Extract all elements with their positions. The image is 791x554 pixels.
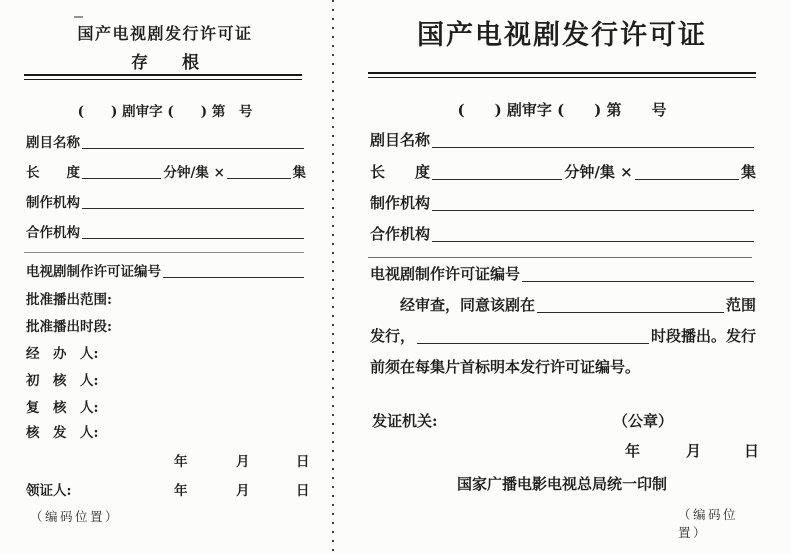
blank-line bbox=[635, 177, 739, 180]
approval-line-1: 经审查，同意该剧在 范围 bbox=[370, 294, 756, 315]
stub-row-handler: 经 办 人: bbox=[26, 342, 306, 362]
field-label: 剧目名称 bbox=[26, 131, 80, 151]
blank-line bbox=[432, 208, 754, 211]
unit-label: 集 bbox=[293, 161, 307, 181]
stub-row-broadcast-slot: 批准播出时段: bbox=[26, 315, 306, 335]
section-separator bbox=[24, 252, 304, 253]
month-label: 月 bbox=[236, 479, 250, 499]
official-seal-note: （公章） bbox=[613, 410, 673, 431]
approval-line-3: 前须在每集片首标明本发行许可证编号。 bbox=[370, 356, 758, 377]
stub-code-position-note: （编码位置） bbox=[30, 507, 306, 525]
blank-line bbox=[227, 176, 291, 179]
cert-field-coproducer: 合作机构 bbox=[370, 223, 756, 244]
blank-line bbox=[522, 279, 754, 282]
year-label: 年 bbox=[625, 440, 640, 461]
certificate-serial-line: ( ) 剧审字 ( ) 第 号 bbox=[366, 99, 758, 120]
issuing-authority-label: 发证机关: bbox=[372, 410, 438, 431]
field-label: 电视剧制作许可证编号 bbox=[370, 263, 520, 284]
field-label: 长 度 bbox=[370, 161, 430, 182]
field-label: 制作机构 bbox=[26, 191, 80, 211]
approval-text: 经审查，同意该剧在 bbox=[370, 294, 535, 315]
year-label: 年 bbox=[174, 479, 188, 499]
blank-line bbox=[432, 145, 754, 148]
perforation-divider bbox=[332, 0, 334, 554]
stub-field-permit-no: 电视剧制作许可证编号 bbox=[26, 260, 306, 280]
blank-line bbox=[82, 146, 304, 149]
stub-field-length: 长 度 分钟/集 × 集 bbox=[26, 161, 306, 181]
field-label: 合作机构 bbox=[26, 221, 80, 241]
approval-text: 时段播出。发行 bbox=[651, 325, 756, 346]
stub-row-first-reviewer: 初 核 人: bbox=[26, 369, 306, 389]
field-label: 剧目名称 bbox=[370, 129, 430, 150]
stub-subtitle: 存 根 bbox=[24, 48, 306, 73]
stub-form-title: 国产电视剧发行许可证 bbox=[24, 21, 306, 44]
scanned-license-form: 国产电视剧发行许可证 存 根 ( ) 剧审字 ( ) 第 号 剧目名称 长 度 … bbox=[0, 0, 791, 554]
cert-field-length: 长 度 分钟/集 × 集 bbox=[370, 161, 756, 182]
stub-row-second-reviewer: 复 核 人: bbox=[26, 396, 306, 416]
cert-field-permit-no: 电视剧制作许可证编号 bbox=[370, 263, 756, 284]
blank-line bbox=[537, 310, 724, 313]
blank-line bbox=[163, 275, 304, 278]
blank-line bbox=[82, 176, 161, 179]
stub-row-issuer: 核 发 人: bbox=[26, 421, 306, 441]
blank-line bbox=[82, 236, 304, 239]
day-label: 日 bbox=[744, 440, 759, 461]
double-rule bbox=[24, 74, 302, 80]
stub-field-title: 剧目名称 bbox=[26, 131, 306, 151]
scan-artifact bbox=[74, 16, 83, 18]
blank-line bbox=[432, 239, 754, 242]
blank-line bbox=[417, 341, 649, 344]
unit-label: 分钟/集 × bbox=[163, 161, 224, 181]
stub-field-coproducer: 合作机构 bbox=[26, 221, 306, 241]
cert-field-producer: 制作机构 bbox=[370, 192, 756, 213]
blank-line bbox=[82, 206, 304, 209]
approval-text: 发行， bbox=[370, 325, 415, 346]
blank-line bbox=[432, 177, 562, 180]
certificate-section: 国产电视剧发行许可证 ( ) 剧审字 ( ) 第 号 剧目名称 长 度 分钟/集… bbox=[366, 0, 758, 554]
stub-field-producer: 制作机构 bbox=[26, 191, 306, 211]
certificate-title: 国产电视剧发行许可证 bbox=[366, 13, 758, 52]
cert-code-position-note: （编码位置） bbox=[678, 505, 758, 541]
stub-serial-line: ( ) 剧审字 ( ) 第 号 bbox=[24, 100, 306, 120]
approval-line-2: 发行， 时段播出。发行 bbox=[370, 325, 756, 346]
unit-label: 集 bbox=[741, 161, 756, 182]
field-label: 合作机构 bbox=[370, 223, 430, 244]
unit-label: 分钟/集 × bbox=[564, 161, 632, 182]
month-label: 月 bbox=[236, 450, 250, 470]
day-label: 日 bbox=[296, 450, 310, 470]
month-label: 月 bbox=[686, 440, 701, 461]
stub-section: 国产电视剧发行许可证 存 根 ( ) 剧审字 ( ) 第 号 剧目名称 长 度 … bbox=[24, 0, 306, 554]
year-label: 年 bbox=[174, 450, 188, 470]
field-label: 电视剧制作许可证编号 bbox=[26, 260, 161, 280]
cert-footer-printer: 国家广播电影电视总局统一印制 bbox=[366, 473, 758, 494]
double-rule bbox=[368, 72, 756, 78]
section-separator bbox=[368, 257, 752, 258]
approval-text: 范围 bbox=[726, 294, 756, 315]
field-label: 长 度 bbox=[26, 161, 80, 181]
cert-field-title: 剧目名称 bbox=[370, 129, 756, 150]
stub-row-broadcast-scope: 批准播出范围: bbox=[26, 288, 306, 308]
day-label: 日 bbox=[296, 479, 310, 499]
field-label: 制作机构 bbox=[370, 192, 430, 213]
recipient-label: 领证人: bbox=[26, 479, 71, 499]
